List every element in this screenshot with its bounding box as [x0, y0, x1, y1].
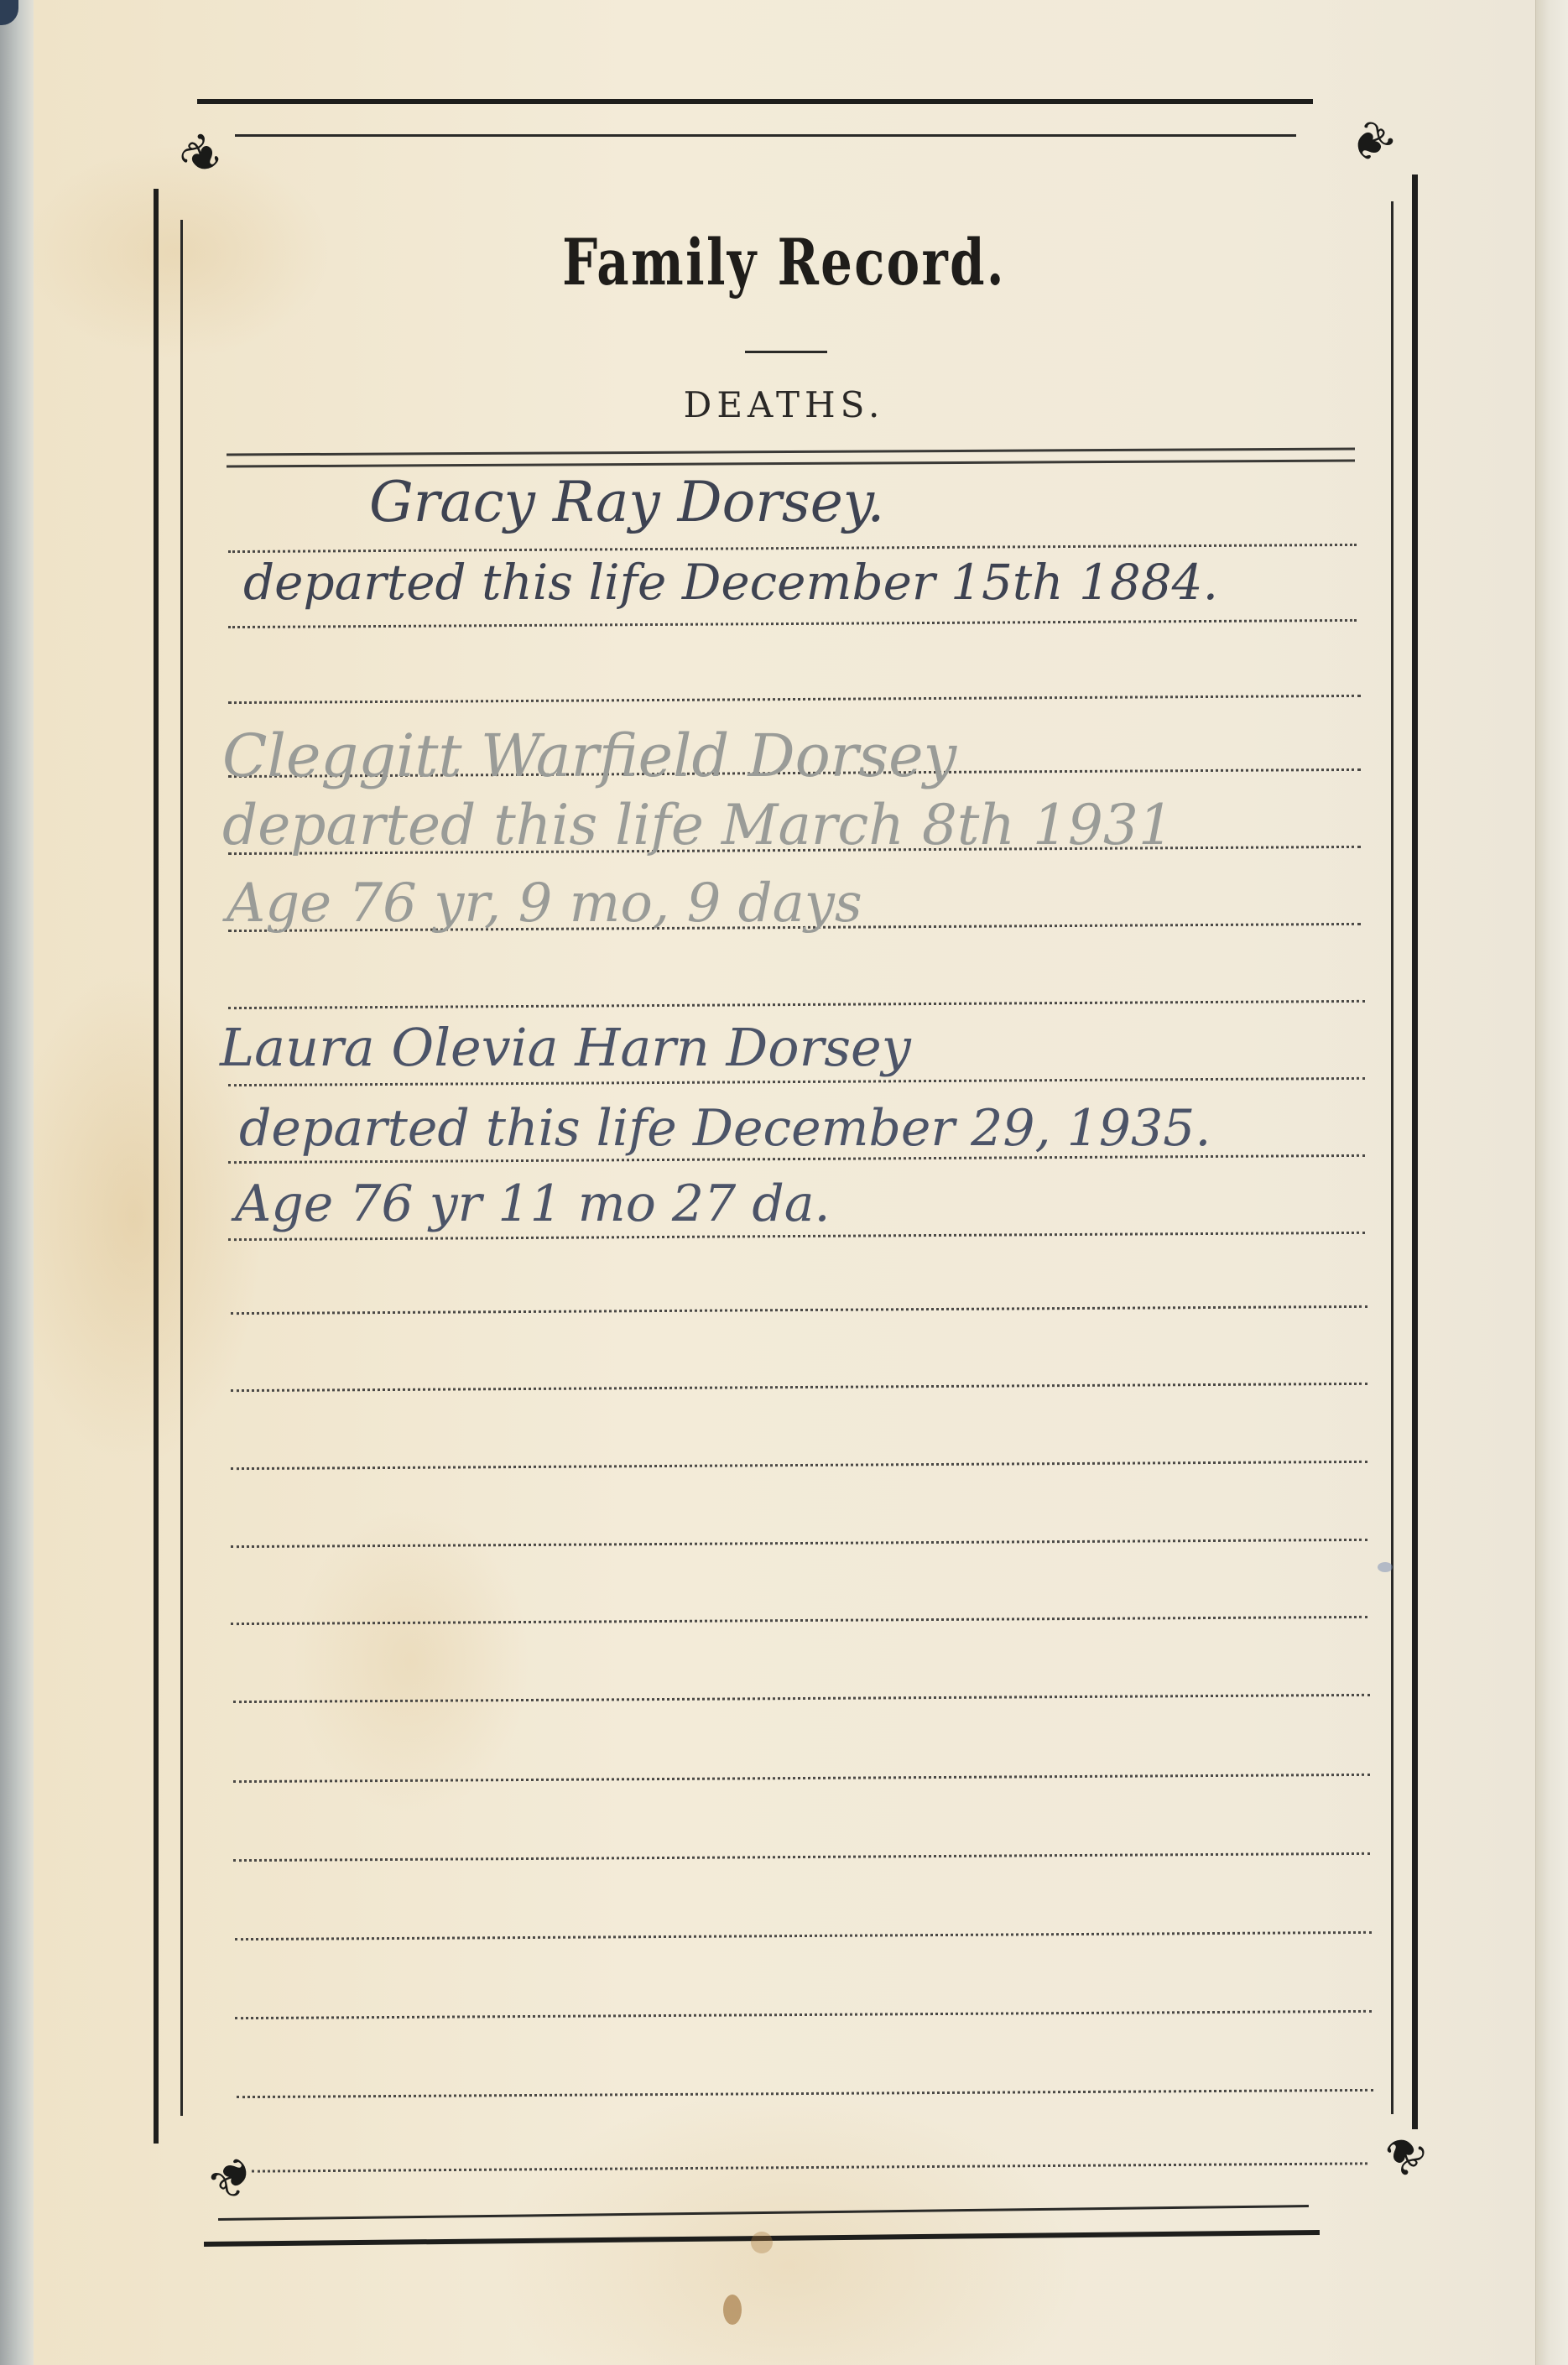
frame-inner-top: [235, 134, 1296, 137]
frame-inner-right: [1391, 201, 1393, 2114]
entry-3-age: Age 76 yr 11 mo 27 da.: [235, 1175, 831, 1233]
entry-1-death-date: departed this life December 15th 1884.: [243, 554, 1218, 611]
frame-outer-right: [1412, 175, 1418, 2129]
frame-inner-left: [180, 220, 183, 2116]
frame-outer-left: [154, 189, 159, 2144]
section-heading: DEATHS.: [0, 384, 1568, 425]
entry-3-death-date: departed this life December 29, 1935.: [239, 1099, 1211, 1158]
entry-2-age: Age 76 yr, 9 mo, 9 days: [227, 873, 862, 935]
ink-stain: [723, 2295, 742, 2325]
frame-outer-top: [197, 99, 1313, 104]
ink-stain: [751, 2232, 773, 2253]
entry-3-name: Laura Olevia Harn Dorsey: [220, 1017, 911, 1078]
title-divider: [745, 351, 827, 353]
page-title: Family Record.: [173, 225, 1396, 300]
entry-1-name: Gracy Ray Dorsey.: [369, 470, 884, 534]
entry-2-name: Cleggitt Warfield Dorsey: [222, 721, 956, 790]
ink-blot: [1378, 1562, 1393, 1572]
page-fold: [1535, 0, 1568, 2365]
entry-2-death-date: departed this life March 8th 1931: [222, 793, 1174, 857]
